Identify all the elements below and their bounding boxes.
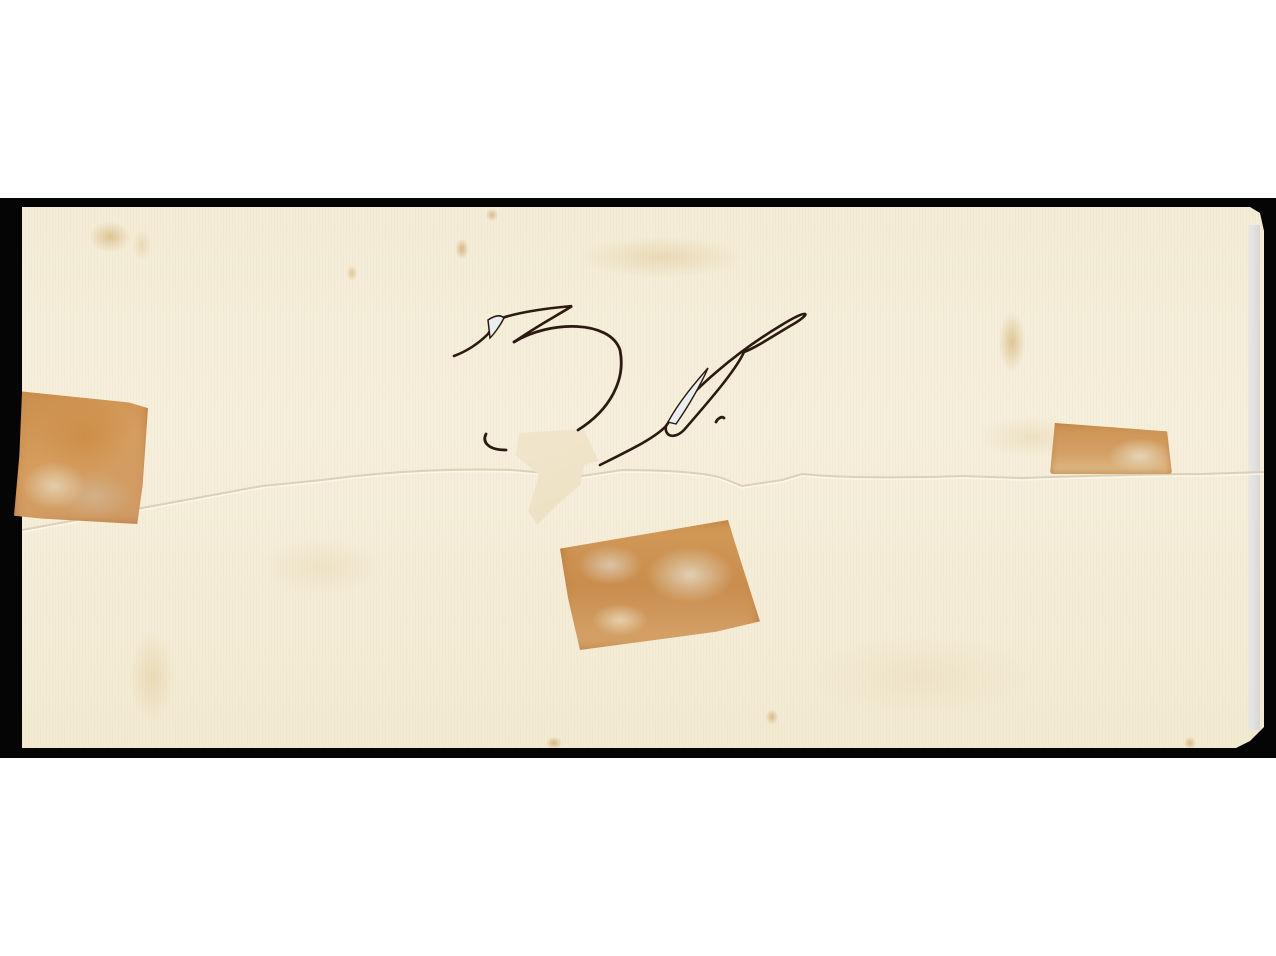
handwriting-glyphs: [440, 290, 820, 470]
letter-sheet: [22, 207, 1264, 748]
manuscript-rate-marking: 30.: [440, 290, 820, 470]
wax-seal-residue-left: [14, 386, 148, 524]
right-fold-edge: [1248, 225, 1260, 730]
photo-stage: 30.: [0, 0, 1276, 956]
